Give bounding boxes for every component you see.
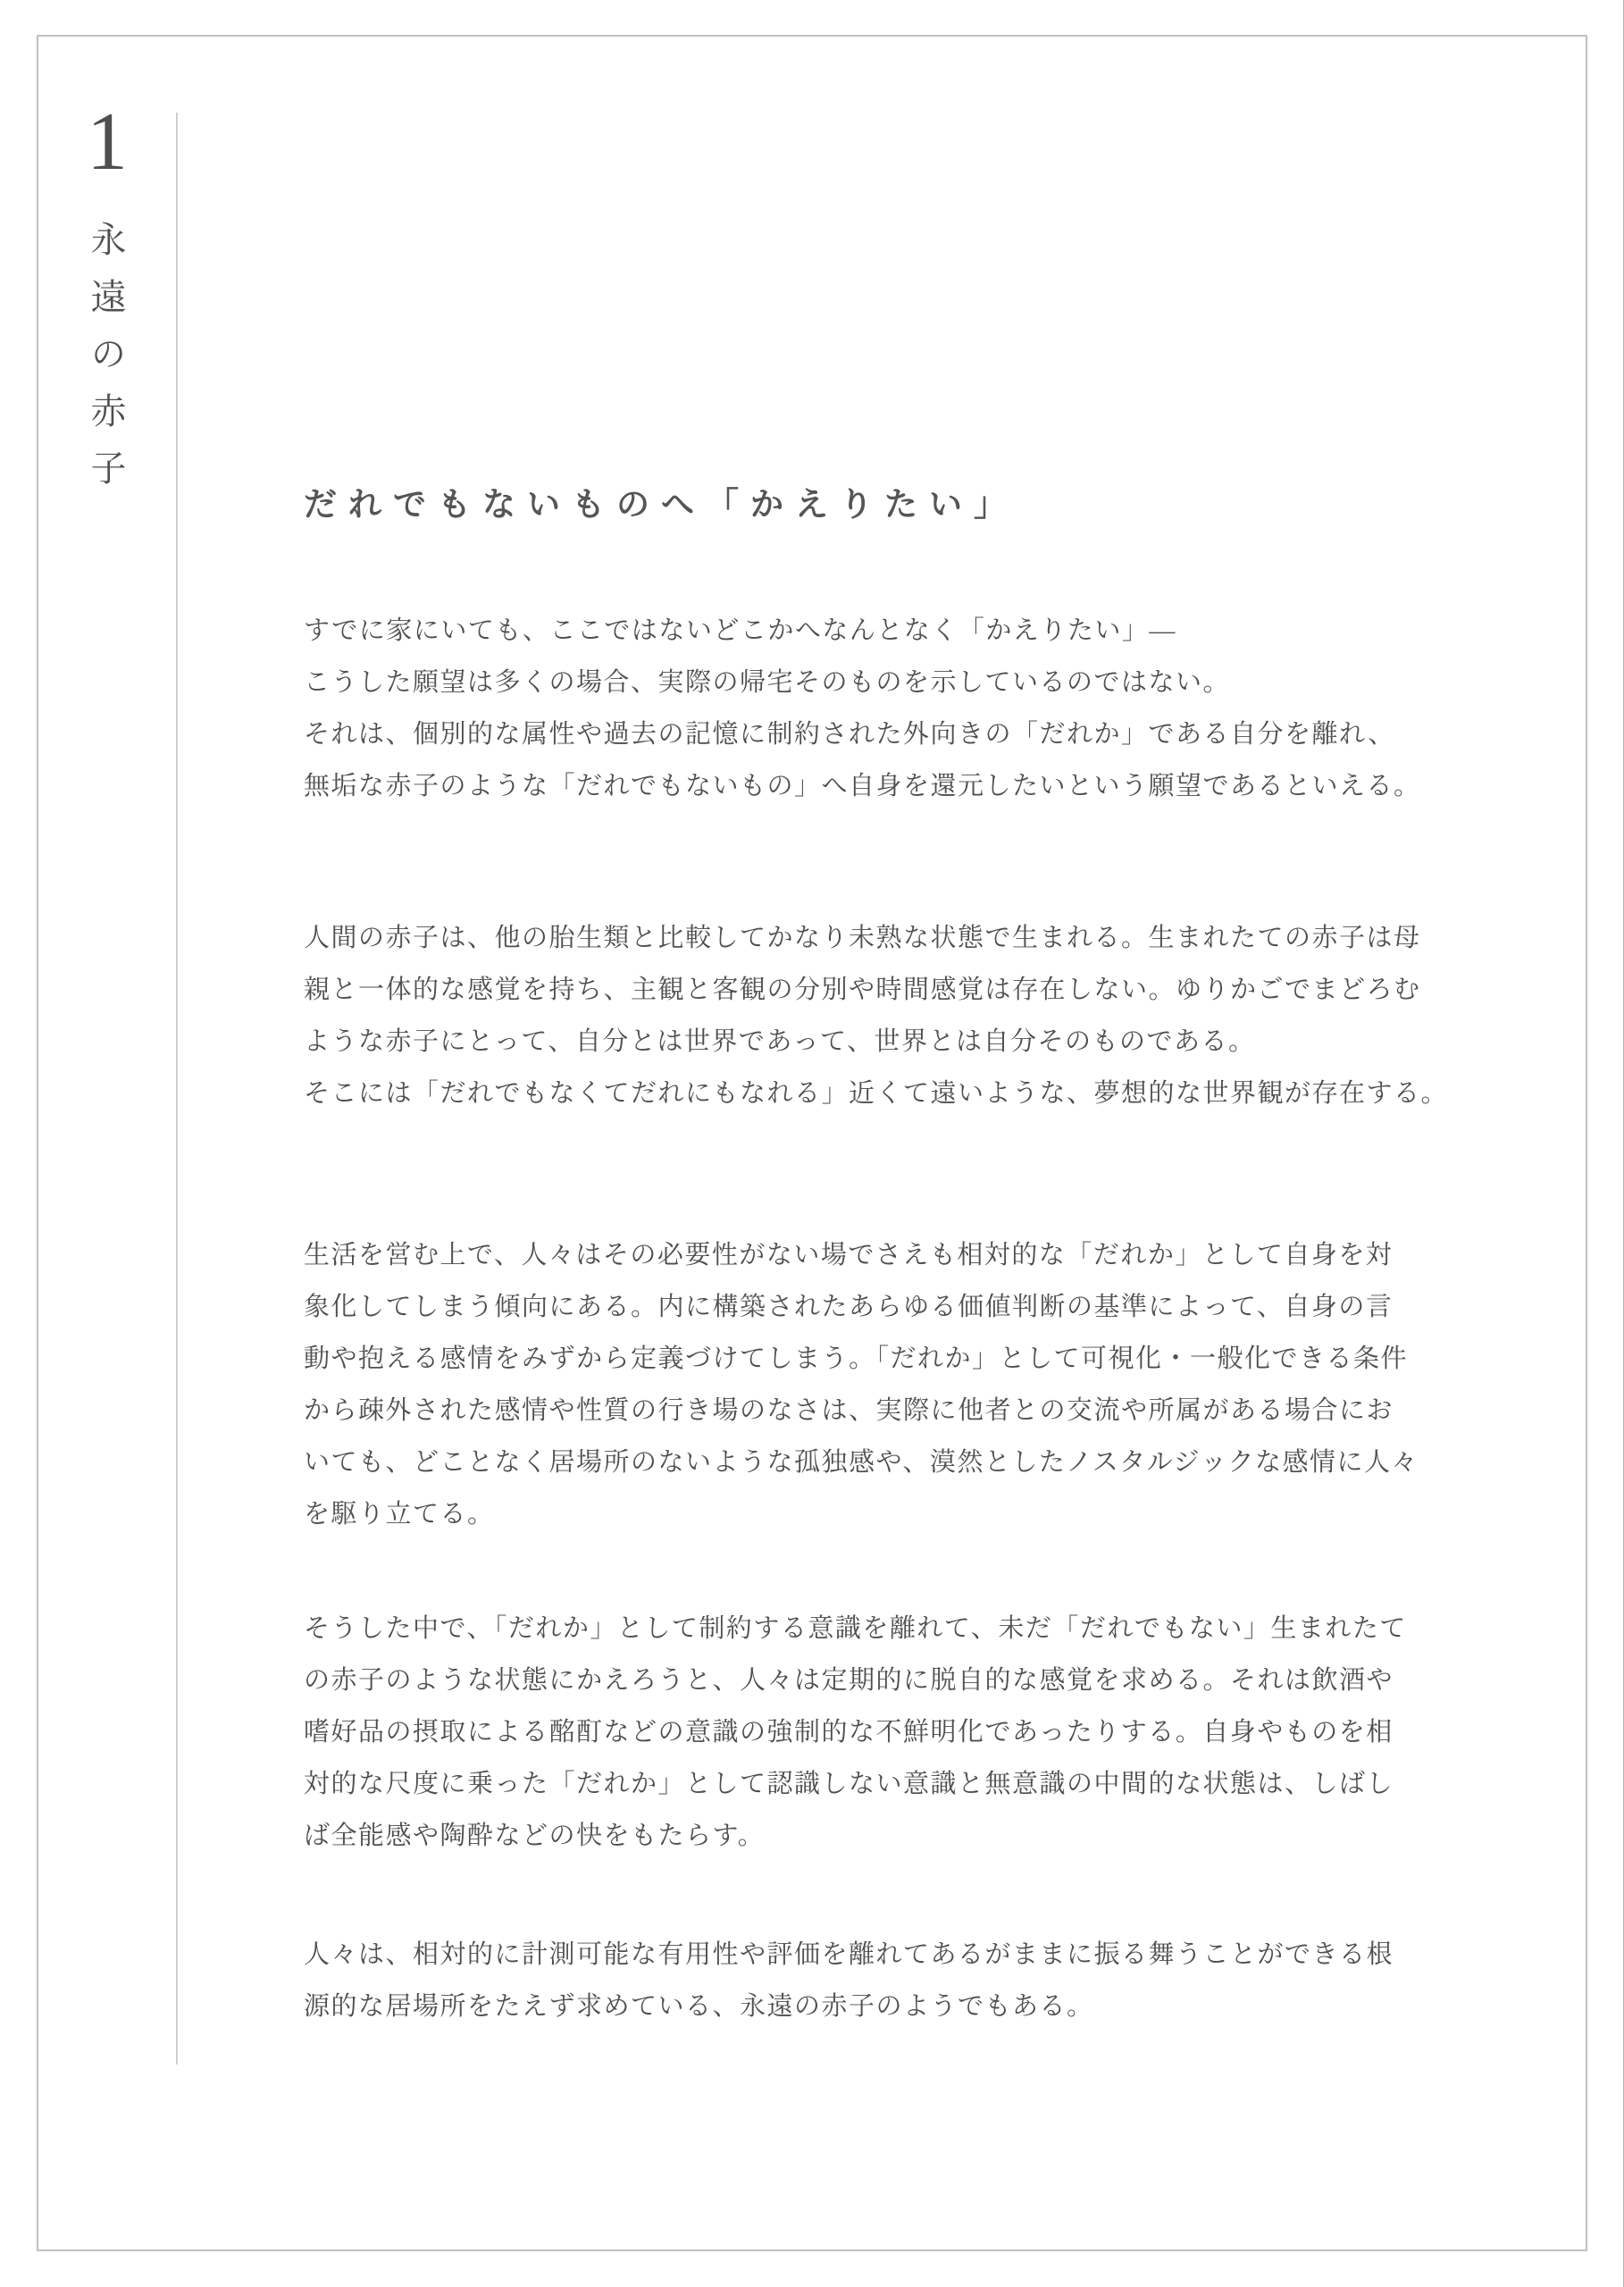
paragraph-1: すでに家にいても、ここではないどこかへなんとなく「かえりたい」― こうした願望は…: [304, 605, 1411, 812]
paragraph-line: 人々は、相対的に計測可能な有用性や評価を離れてあるがままに振る舞うことができる根: [304, 1929, 1411, 1981]
paragraph-line: 生活を営む上で、人々はその必要性がない場でさえも相対的な「だれか」として自身を対: [304, 1229, 1411, 1281]
paragraph-line: を駆り立てる。: [304, 1488, 1411, 1540]
paragraph-line: の赤子のような状態にかえろうと、人々は定期的に脱自的な感覚を求める。それは飲酒や: [304, 1655, 1411, 1706]
book-page: 1 永遠の赤子 だれでもないものへ「かえりたい」 すでに家にいても、ここではない…: [0, 0, 1624, 2287]
paragraph-line: 無垢な赤子のような「だれでもないもの」へ自身を還元したいという願望であるといえる…: [304, 760, 1411, 812]
paragraph-3: 生活を営む上で、人々はその必要性がない場でさえも相対的な「だれか」として自身を対…: [304, 1229, 1411, 1540]
paragraph-line: すでに家にいても、ここではないどこかへなんとなく「かえりたい」―: [304, 605, 1411, 657]
paragraph-line: 親と一体的な感覚を持ち、主観と客観の分別や時間感覚は存在しない。ゆりかごでまどろ…: [304, 964, 1411, 1016]
paragraph-line: 象化してしまう傾向にある。内に構築されたあらゆる価値判断の基準によって、自身の言: [304, 1281, 1411, 1333]
paragraph-line: いても、どことなく居場所のないような孤独感や、漠然としたノスタルジックな感情に人…: [304, 1437, 1411, 1488]
paragraph-line: 人間の赤子は、他の胎生類と比較してかなり未熟な状態で生まれる。生まれたての赤子は…: [304, 912, 1411, 964]
page-frame: [37, 35, 1587, 2251]
chapter-number: 1: [87, 100, 128, 182]
paragraph-line: ば全能感や陶酔などの快をもたらす。: [304, 1810, 1411, 1862]
paragraph-4: そうした中で、「だれか」として制約する意識を離れて、未だ「だれでもない」生まれた…: [304, 1603, 1411, 1862]
paragraph-line: 源的な居場所をたえず求めている、永遠の赤子のようでもある。: [304, 1981, 1411, 2032]
paragraph-line: から疎外された感情や性質の行き場のなさは、実際に他者との交流や所属がある場合にお: [304, 1385, 1411, 1437]
paragraph-line: 嗜好品の摂取による酩酊などの意識の強制的な不鮮明化であったりする。自身やものを相: [304, 1706, 1411, 1758]
paragraph-line: そうした中で、「だれか」として制約する意識を離れて、未だ「だれでもない」生まれた…: [304, 1603, 1411, 1655]
paragraph-line: ような赤子にとって、自分とは世界であって、世界とは自分そのものである。: [304, 1016, 1411, 1068]
paragraph-5: 人々は、相対的に計測可能な有用性や評価を離れてあるがままに振る舞うことができる根…: [304, 1929, 1411, 2032]
paragraph-line: こうした願望は多くの場合、実際の帰宅そのものを示しているのではない。: [304, 657, 1411, 708]
paragraph-line: 動や抱える感情をみずから定義づけてしまう。「だれか」として可視化・一般化できる条…: [304, 1333, 1411, 1385]
paragraph-2: 人間の赤子は、他の胎生類と比較してかなり未熟な状態で生まれる。生まれたての赤子は…: [304, 912, 1411, 1119]
chapter-title-vertical: 永遠の赤子: [88, 221, 123, 507]
vertical-divider: [176, 113, 178, 2065]
paragraph-line: そこには「だれでもなくてだれにもなれる」近くて遠いような、夢想的な世界観が存在す…: [304, 1068, 1411, 1119]
paragraph-line: 対的な尺度に乗った「だれか」として認識しない意識と無意識の中間的な状態は、しばし: [304, 1758, 1411, 1810]
section-heading: だれでもないものへ「かえりたい」: [304, 483, 1018, 528]
paragraph-line: それは、個別的な属性や過去の記憶に制約された外向きの「だれか」である自分を離れ、: [304, 708, 1411, 760]
